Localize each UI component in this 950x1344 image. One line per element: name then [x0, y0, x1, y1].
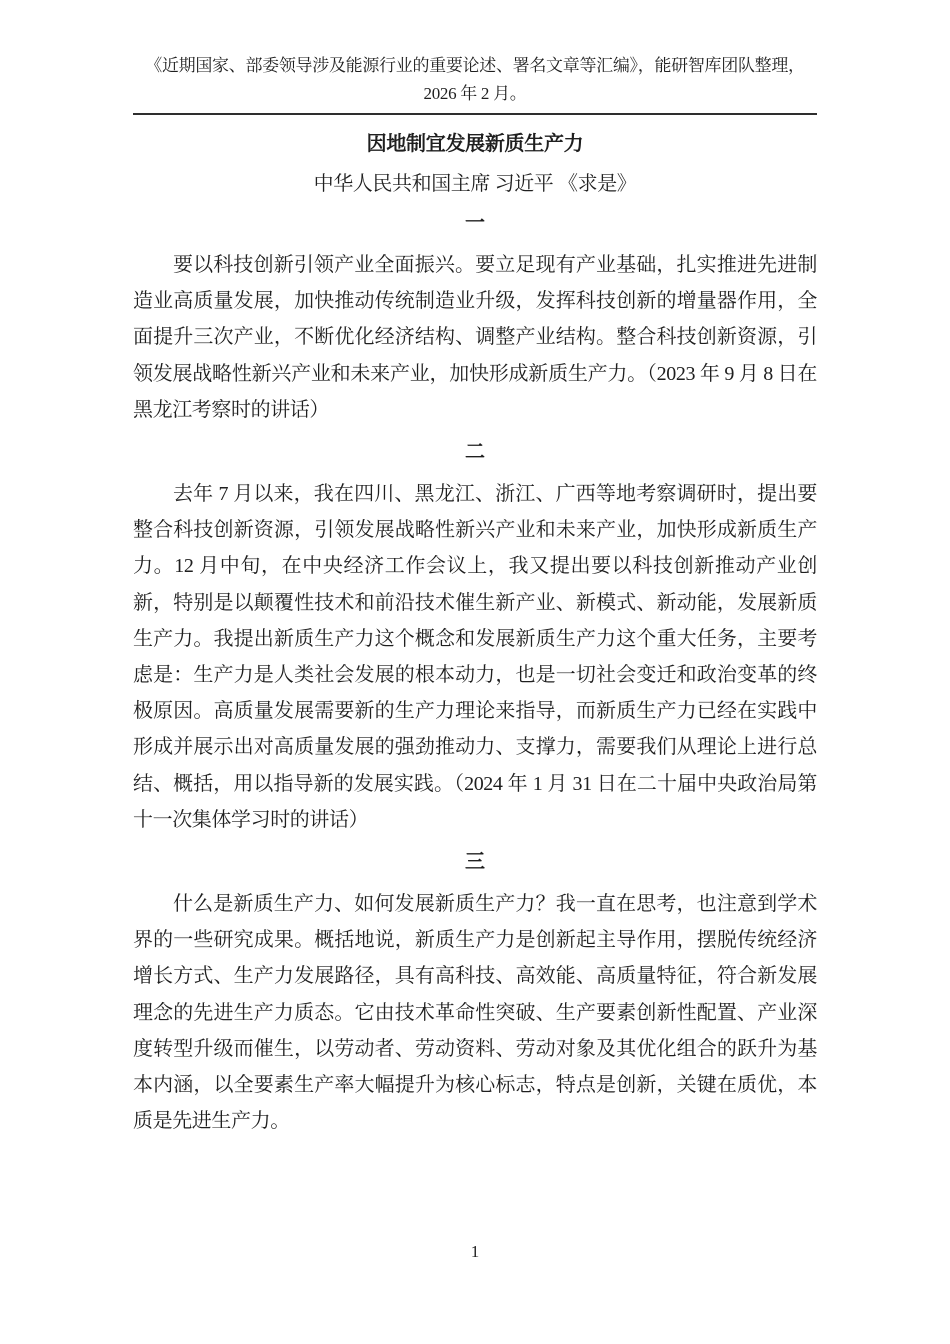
section-one-paragraph: 要以科技创新引领产业全面振兴。要立足现有产业基础，扎实推进先进制造业高质量发展，… — [133, 247, 817, 428]
document-title: 因地制宜发展新质生产力 — [133, 129, 817, 159]
section-two-heading: 二 — [133, 438, 817, 466]
section-three-heading: 三 — [133, 848, 817, 876]
section-two-paragraph: 去年 7 月以来，我在四川、黑龙江、浙江、广西等地考察调研时，提出要整合科技创新… — [133, 476, 817, 838]
section-one: 一 要以科技创新引领产业全面振兴。要立足现有产业基础，扎实推进先进制造业高质量发… — [133, 209, 817, 428]
section-one-heading: 一 — [133, 209, 817, 237]
document-byline: 中华人民共和国主席 习近平 《求是》 — [133, 169, 817, 199]
page-header: 《近期国家、部委领导涉及能源行业的重要论述、署名文章等汇编》，能研智库团队整理，… — [133, 52, 817, 115]
header-line-2: 2026 年 2 月。 — [133, 80, 817, 108]
section-three-paragraph: 什么是新质生产力、如何发展新质生产力？我一直在思考，也注意到学术界的一些研究成果… — [133, 886, 817, 1139]
document-page: 《近期国家、部委领导涉及能源行业的重要论述、署名文章等汇编》，能研智库团队整理，… — [0, 0, 950, 1344]
section-two: 二 去年 7 月以来，我在四川、黑龙江、浙江、广西等地考察调研时，提出要整合科技… — [133, 438, 817, 838]
page-number: 1 — [0, 1240, 950, 1264]
header-line-1: 《近期国家、部委领导涉及能源行业的重要论述、署名文章等汇编》，能研智库团队整理， — [133, 52, 817, 80]
section-three: 三 什么是新质生产力、如何发展新质生产力？我一直在思考，也注意到学术界的一些研究… — [133, 848, 817, 1139]
